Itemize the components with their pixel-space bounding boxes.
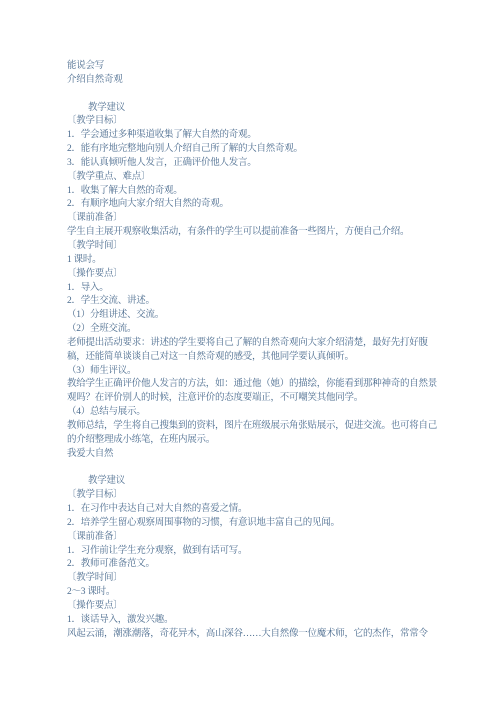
text-line: 〔教学重点、难点〕 (67, 171, 457, 185)
text-line: 〔教学时间〕 (67, 240, 457, 254)
text-line (67, 461, 457, 475)
text-line: 3．能认真倾听他人发言，正确评价他人发言。 (67, 157, 457, 171)
text-line: 2．能有序地完整地向别人介绍自己所了解的大自然奇观。 (67, 143, 457, 157)
text-line: 风起云涌，潮涨潮落，奇花异木，高山深谷……大自然像一位魔术师，它的杰作，常常令 (67, 628, 457, 642)
text-line: 1．习作前让学生充分观察，做到有话可写。 (67, 545, 457, 559)
text-line: 〔课前准备〕 (67, 531, 457, 545)
text-line: （1）分组讲述、交流。 (67, 309, 457, 323)
text-line: 1．在习作中表达自己对大自然的喜爱之情。 (67, 503, 457, 517)
text-line: 教师总结，学生将自己搜集到的资料，图片在班级展示角张贴展示，促进交流。也可将自己 (67, 420, 457, 434)
text-line: 教学建议 (67, 475, 457, 489)
text-line: 教给学生正确评价他人发言的方法，如：通过他（她）的描绘，你能看到那种神奇的自然景 (67, 378, 457, 392)
text-line: 〔教学目标〕 (67, 115, 457, 129)
text-line: 的介绍整理成小练笔，在班内展示。 (67, 434, 457, 448)
text-line: 〔操作要点〕 (67, 600, 457, 614)
text-line: 稿，还能简单谈谈自己对这一自然奇观的感受，其他同学要认真倾听。 (67, 351, 457, 365)
text-line: （2）全班交流。 (67, 323, 457, 337)
text-line: 2～3 课时。 (67, 586, 457, 600)
text-line: 1．谈话导入，激发兴趣。 (67, 614, 457, 628)
text-line: 2．有顺序地向大家介绍大自然的奇观。 (67, 198, 457, 212)
text-line: 〔操作要点〕 (67, 268, 457, 282)
text-line (67, 88, 457, 102)
text-line: 1．收集了解大自然的奇观。 (67, 185, 457, 199)
text-line: 介绍自然奇观 (67, 74, 457, 88)
text-line: 〔课前准备〕 (67, 212, 457, 226)
text-line: 老师提出活动要求：讲述的学生要将自己了解的自然奇观向大家介绍清楚，最好先打好腹 (67, 337, 457, 351)
text-line: 学生自主展开观察收集活动，有条件的学生可以提前准备一些图片，方便自己介绍。 (67, 226, 457, 240)
text-line: 〔教学目标〕 (67, 489, 457, 503)
document-page: 能说会写介绍自然奇观 教学建议〔教学目标〕1．学会通过多种渠道收集了解大自然的奇… (0, 0, 500, 707)
text-line: （3）师生评议。 (67, 365, 457, 379)
text-line: 2．学生交流、讲述。 (67, 295, 457, 309)
text-line: 我爱大自然 (67, 448, 457, 462)
document-text-block: 能说会写介绍自然奇观 教学建议〔教学目标〕1．学会通过多种渠道收集了解大自然的奇… (67, 60, 457, 641)
text-line: 1．导入。 (67, 282, 457, 296)
text-line: （4）总结与展示。 (67, 406, 457, 420)
text-line: 观吗？在评价别人的时候，注意评价的态度要端正，不可嘲笑其他同学。 (67, 392, 457, 406)
text-line: 1．学会通过多种渠道收集了解大自然的奇观。 (67, 129, 457, 143)
text-line: 〔教学时间〕 (67, 572, 457, 586)
text-line: 1 课时。 (67, 254, 457, 268)
text-line: 2．培养学生留心观察周围事物的习惯，有意识地丰富自己的见闻。 (67, 517, 457, 531)
text-line: 能说会写 (67, 60, 457, 74)
text-line: 2．教师可准备范文。 (67, 558, 457, 572)
text-line: 教学建议 (67, 102, 457, 116)
